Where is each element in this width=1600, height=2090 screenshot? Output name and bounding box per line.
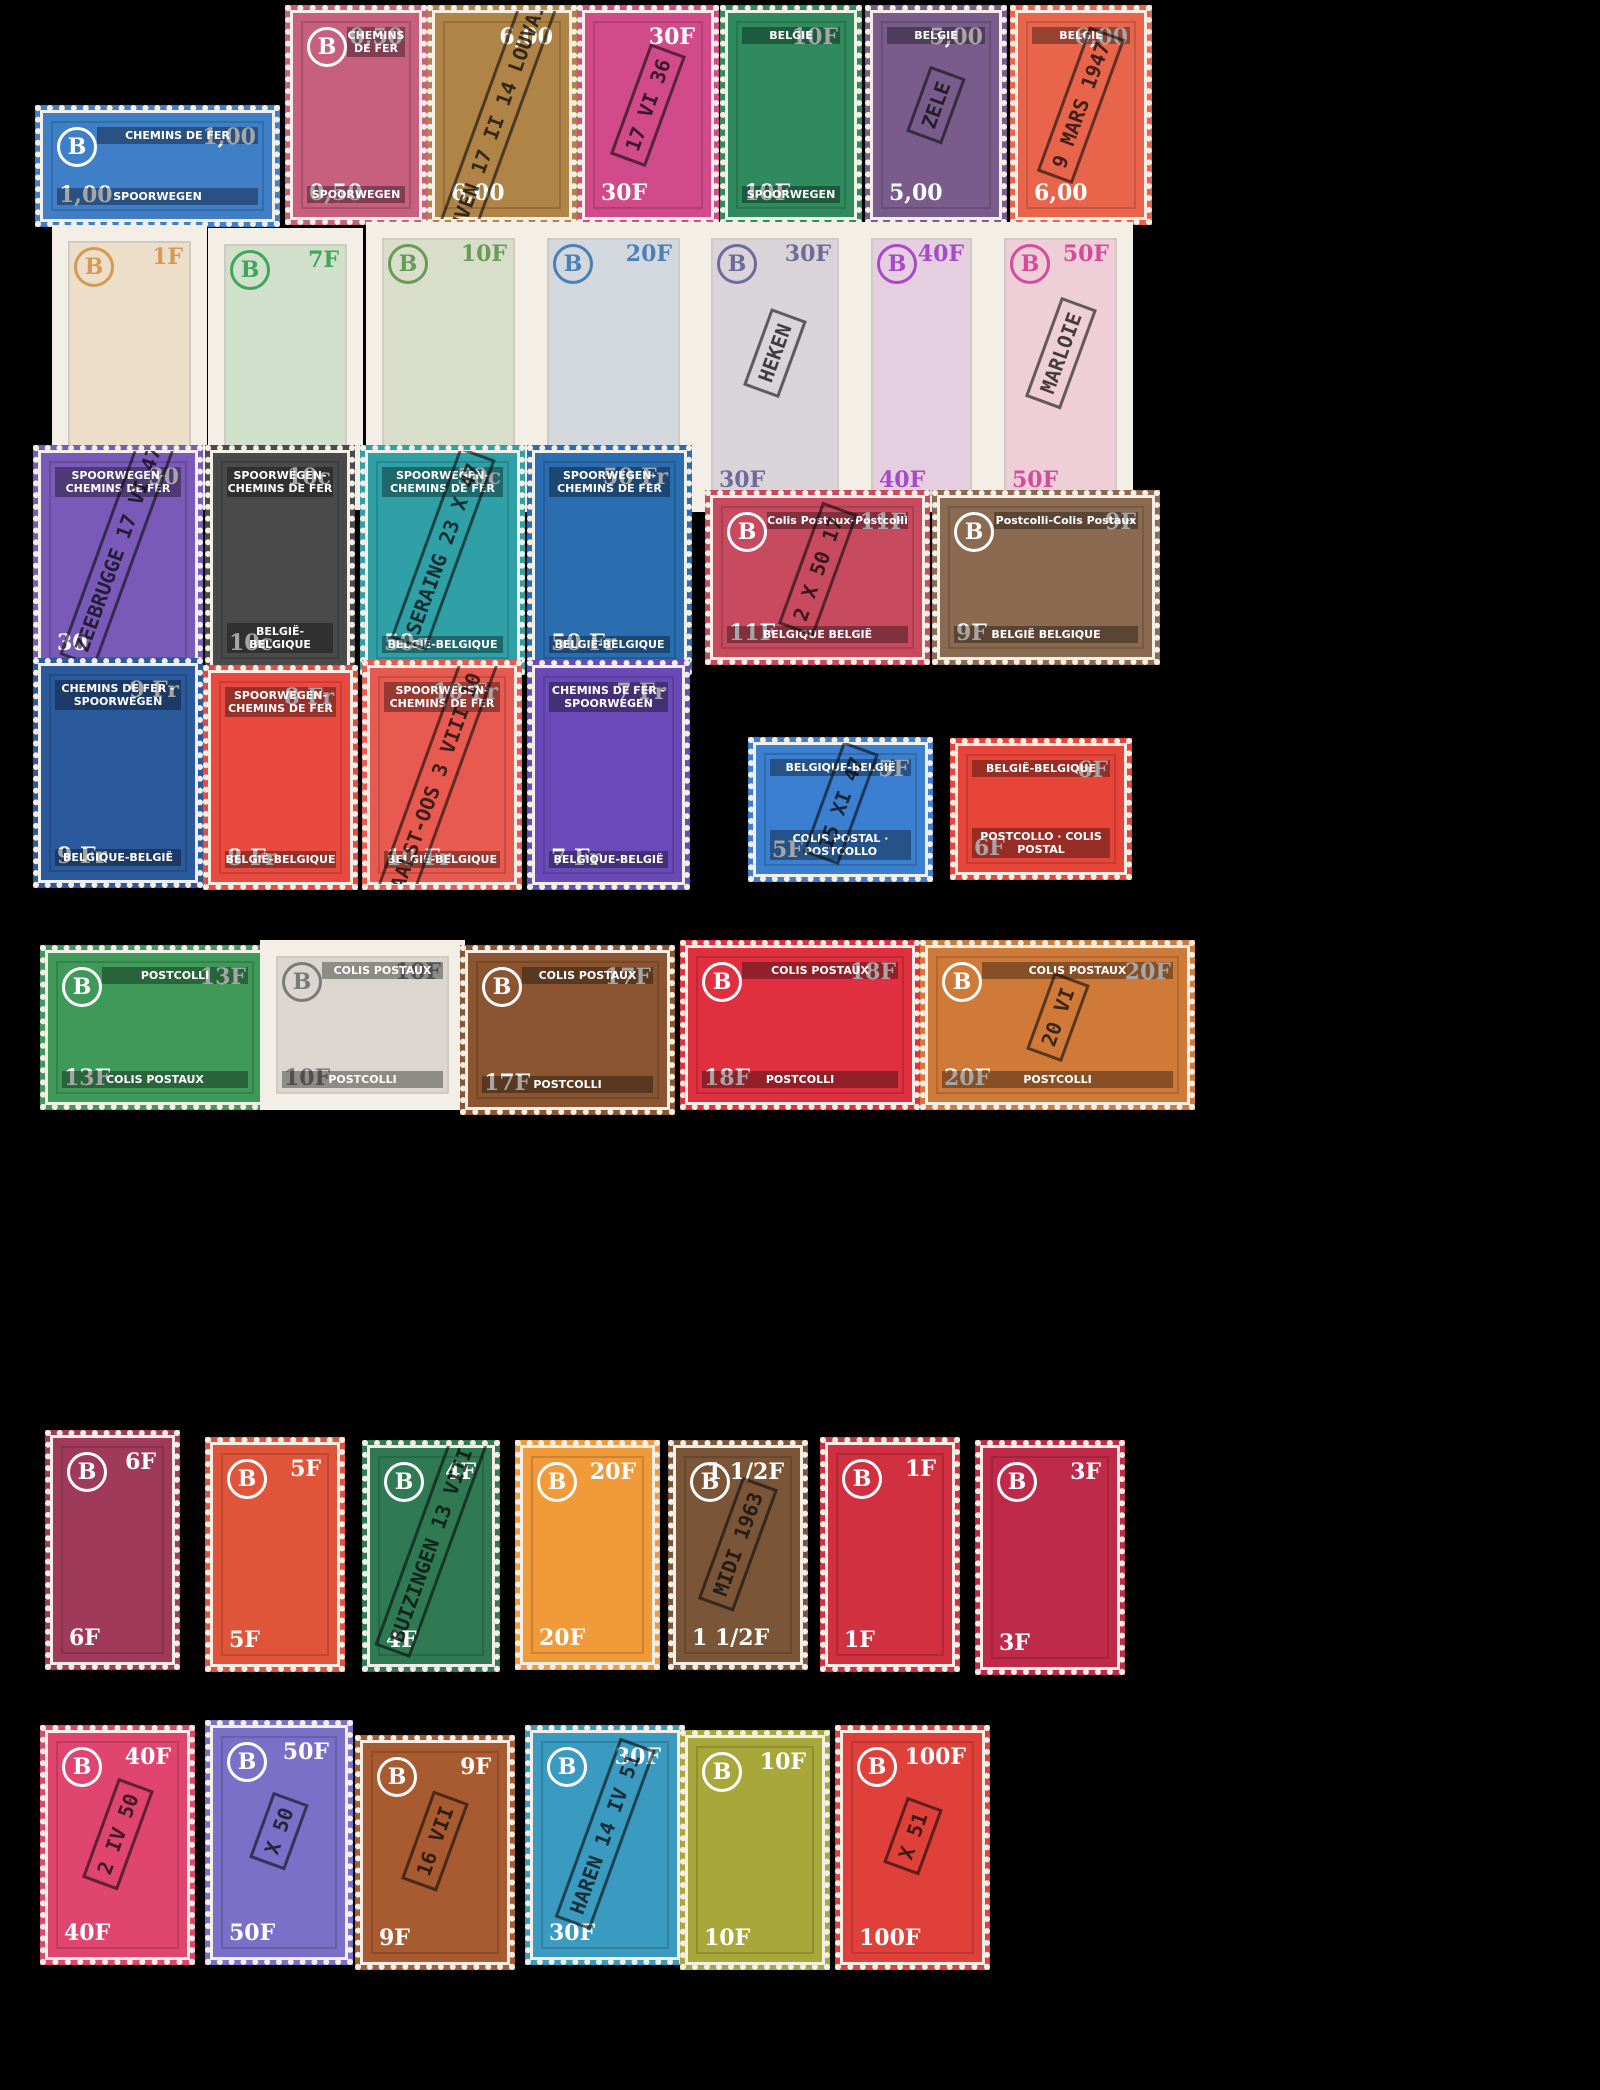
stamp-country-label: BELGIË-BELGIQUE <box>227 623 333 653</box>
railway-b-logo-icon: B <box>537 1462 577 1502</box>
denomination: 1 1/2F <box>688 1626 773 1650</box>
denomination: 3F <box>1066 1460 1105 1484</box>
stamp-country-label: BELGIQUE BELGIË <box>727 626 908 643</box>
railway-b-logo-icon: B <box>702 1752 742 1792</box>
stamp-r1-5: 10F10FBELGIESPOORWEGEN <box>720 5 862 225</box>
stamp-r3-2: 10c10cSPOORWEGEN-CHEMINS DE FERBELGIË-BE… <box>205 445 355 675</box>
railway-b-logo-icon: B <box>842 1459 882 1499</box>
railway-b-logo-icon: B <box>727 512 767 552</box>
denomination: 30F <box>781 242 835 266</box>
railway-b-logo-icon: B <box>74 247 114 287</box>
stamp-r7-3: 9F9FB16 VII <box>355 1735 515 1970</box>
stamp-inscription: SPOORWEGEN-CHEMINS DE FER <box>225 687 336 717</box>
stamp-r1-1: 1,001,00BCHEMINS DE FERSPOORWEGEN <box>35 105 280 227</box>
denomination: 7F <box>304 248 343 272</box>
denomination: 20F <box>535 1626 589 1650</box>
stamp-country-label: POSTCOLLI <box>702 1071 898 1088</box>
railway-b-logo-icon: B <box>1010 244 1050 284</box>
denomination: 6F <box>121 1450 160 1474</box>
denomination: 30F <box>715 468 769 492</box>
stamp-r4-3: 10 Fr10 FrSPOORWEGEN-CHEMINS DE FERBELGI… <box>362 660 522 890</box>
stamp-r7-4: 30F30FBHAREN 14 IV 51 <box>525 1725 685 1965</box>
denomination: 20F <box>586 1460 640 1484</box>
denomination: 1F <box>901 1457 940 1481</box>
stamp-r4-2: 8 Fr8 FrSPOORWEGEN-CHEMINS DE FERBELGIË-… <box>203 665 358 890</box>
stamp-inscription: BELGIE <box>887 27 985 44</box>
stamp-country-label: SPOORWEGEN <box>742 186 840 203</box>
stamp-country-label: POSTCOLLI <box>282 1071 443 1088</box>
railway-b-logo-icon: B <box>857 1747 897 1787</box>
denomination: 10F <box>700 1926 754 1950</box>
stamp-r5-4: 18F18FBCOLIS POSTAUXPOSTCOLLI <box>680 940 920 1110</box>
stamp-r3-6: 9F9FBPostcolli-Colis PostauxBELGIË BELGI… <box>932 490 1160 665</box>
stamp-r1-4: 30F30F17 VI 36 <box>577 5 719 225</box>
denomination: 1F <box>840 1628 879 1652</box>
stamp-country-label: BELGIË-BELGIQUE <box>549 636 670 653</box>
stamp-r3-3: 50c50cSPOORWEGEN-CHEMINS DE FERBELGIË-BE… <box>360 445 525 675</box>
stamp-inscription: CHEMINS DE FER <box>97 127 258 144</box>
denomination: 50F <box>1059 242 1113 266</box>
stamp-inscription: CHEMINS DE FER - SPOORWEGEN <box>549 682 668 712</box>
railway-b-logo-icon: B <box>377 1757 417 1797</box>
railway-b-logo-icon: B <box>482 967 522 1007</box>
denomination: 6F <box>65 1626 104 1650</box>
railway-b-logo-icon: B <box>942 962 982 1002</box>
railway-b-logo-icon: B <box>307 27 347 67</box>
denomination: 40F <box>914 242 968 266</box>
denomination: 6,00 <box>1030 181 1092 205</box>
denomination: 1F <box>148 245 187 269</box>
denomination: 50F <box>1008 468 1062 492</box>
denomination: 40F <box>121 1745 175 1769</box>
denomination: 50F <box>279 1740 333 1764</box>
stamp-country-label: BELGIË-BELGIQUE <box>225 851 336 868</box>
stamp-inscription: CHEMINS DE FER <box>347 27 405 57</box>
stamp-country-label: POSTCOLLI <box>482 1076 653 1093</box>
denomination: 3F <box>995 1631 1034 1655</box>
stamp-r5-1: 13F13FBPOSTCOLLICOLIS POSTAUX <box>40 945 270 1110</box>
railway-b-logo-icon: B <box>227 1742 267 1782</box>
denomination: 30F <box>597 181 651 205</box>
stamp-r3-4: 50 Fr50 FrSPOORWEGEN-CHEMINS DE FERBELGI… <box>527 445 692 675</box>
stamp-r6-4: 20F20FB <box>515 1440 660 1670</box>
stamp-inscription: COLIS POSTAUX <box>742 962 898 979</box>
stamp-country-label: POSTCOLLO · COLIS POSTAL <box>972 828 1110 858</box>
railway-b-logo-icon: B <box>282 962 322 1002</box>
stamp-r7-6: 100F100FBX 51 <box>835 1725 990 1970</box>
stamp-r4-1: 9 Fr9 FrCHEMINS DE FER - SPOORWEGENBELGI… <box>33 658 203 888</box>
railway-b-logo-icon: B <box>227 1459 267 1499</box>
stamp-r4-4: 7 Fr7 FrCHEMINS DE FER - SPOORWEGENBELGI… <box>527 660 690 890</box>
railway-b-logo-icon: B <box>553 244 593 284</box>
stamp-r1-6: 5,005,00BELGIEZELE <box>865 5 1007 225</box>
stamp-r1-2: 0,500,50BCHEMINS DE FERSPOORWEGEN <box>285 5 427 225</box>
stamp-r7-2: 50F50FBX 50 <box>205 1720 353 1965</box>
stamp-r3-1: 3030SPOORWEGEN-CHEMINS DE FERZEEBRUGGE 1… <box>33 445 203 675</box>
stamp-inscription: Postcolli-Colis Postaux <box>994 512 1138 529</box>
railway-b-logo-icon: B <box>547 1747 587 1787</box>
railway-b-logo-icon: B <box>62 1747 102 1787</box>
railway-b-logo-icon: B <box>388 244 428 284</box>
railway-b-logo-icon: B <box>62 967 102 1007</box>
stamp-r5-5: 20F20FBCOLIS POSTAUXPOSTCOLLI20 VI <box>920 940 1195 1110</box>
stamp-inscription: COLIS POSTAUX <box>982 962 1173 979</box>
railway-b-logo-icon: B <box>57 127 97 167</box>
denomination: 9F <box>456 1755 495 1779</box>
railway-b-logo-icon: B <box>717 244 757 284</box>
stamp-country-label: BELGIQUE-BELGIË <box>55 849 181 866</box>
denomination: 5,00 <box>885 181 947 205</box>
stamp-inscription: SPOORWEGEN-CHEMINS DE FER <box>549 467 670 497</box>
railway-b-logo-icon: B <box>384 1462 424 1502</box>
railway-b-logo-icon: B <box>230 250 270 290</box>
denomination: 10F <box>457 242 511 266</box>
stamp-inscription: BELGIE <box>742 27 840 44</box>
stamp-inscription: COLIS POSTAUX <box>322 962 443 979</box>
stamp-r6-5: 1 1/2F1 1/2FBMIDI 1963 <box>668 1440 808 1670</box>
railway-b-logo-icon: B <box>954 512 994 552</box>
railway-b-logo-icon: B <box>67 1452 107 1492</box>
stamp-r3-5: 11F11FBColis Postaux-PostcolliBELGIQUE B… <box>705 490 930 665</box>
denomination: 100F <box>855 1926 925 1950</box>
railway-b-logo-icon: B <box>702 962 742 1002</box>
denomination: 20F <box>622 242 676 266</box>
denomination: 40F <box>60 1921 114 1945</box>
stamp-inscription: POSTCOLLI <box>102 967 248 984</box>
stamp-r6-2: 5F5FB <box>205 1437 345 1672</box>
stamp-inscription: CHEMINS DE FER - SPOORWEGEN <box>55 680 181 710</box>
stamp-r6-6: 1F1FB <box>820 1437 960 1672</box>
stamp-r1-3: 6,006,00LEUVEN 17 II 14 LOUVAIN 19 <box>427 5 577 225</box>
railway-b-logo-icon: B <box>877 244 917 284</box>
stamp-r5-3: 17F17FBCOLIS POSTAUXPOSTCOLLI <box>460 945 675 1115</box>
stamp-country-label: POSTCOLLI <box>942 1071 1173 1088</box>
stamp-r6-1: 6F6FB <box>45 1430 180 1670</box>
stamp-inscription: COLIS POSTAUX <box>522 967 653 984</box>
railway-b-logo-icon: B <box>690 1462 730 1502</box>
stamp-country-label: BELGIQUE-BELGIË <box>549 851 668 868</box>
stamp-country-label: BELGIË BELGIQUE <box>954 626 1138 643</box>
stamp-r5-2: 10F10FBCOLIS POSTAUXPOSTCOLLI <box>260 940 465 1110</box>
denomination: 50F <box>225 1921 279 1945</box>
stamp-country-label: SPOORWEGEN <box>307 186 405 203</box>
stamp-r6-3: 4F4FBBUIZINGEN 13 VIII <box>362 1440 500 1672</box>
stamp-r7-5: 10F10FB <box>680 1730 830 1970</box>
stamp-r4-6: 6F6FBELGIË-BELGIQUEPOSTCOLLO · COLIS POS… <box>950 738 1132 880</box>
railway-b-logo-icon: B <box>997 1462 1037 1502</box>
stamp-inscription: SPOORWEGEN-CHEMINS DE FER <box>227 467 333 497</box>
denomination: 100F <box>900 1745 970 1769</box>
denomination: 10F <box>756 1750 810 1774</box>
stamp-inscription: BELGIË-BELGIQUE <box>972 760 1110 777</box>
denomination: 5F <box>286 1457 325 1481</box>
denomination: 5F <box>225 1628 264 1652</box>
stamp-r2-7: 50F50FBMARLOIE <box>988 222 1133 512</box>
stamp-r7-1: 40F40FB2 IV 50 <box>40 1725 195 1965</box>
stamp-r2-6: 40F40FB <box>855 222 988 512</box>
stamp-r4-5: 5F5FBELGIQUE-BELGIËCOLIS POSTAL · POSTCO… <box>748 737 933 882</box>
stamp-r1-7: 6,006,00BELGIE9 MARS 1947 <box>1010 5 1152 225</box>
stamp-r2-5: 30F30FBHEKEN <box>695 222 855 512</box>
stamp-country-label: SPOORWEGEN <box>57 188 258 205</box>
stamp-r6-7: 3F3FB <box>975 1440 1125 1675</box>
stamp-country-label: COLIS POSTAUX <box>62 1071 248 1088</box>
denomination: 40F <box>875 468 929 492</box>
denomination: 9F <box>375 1926 414 1950</box>
